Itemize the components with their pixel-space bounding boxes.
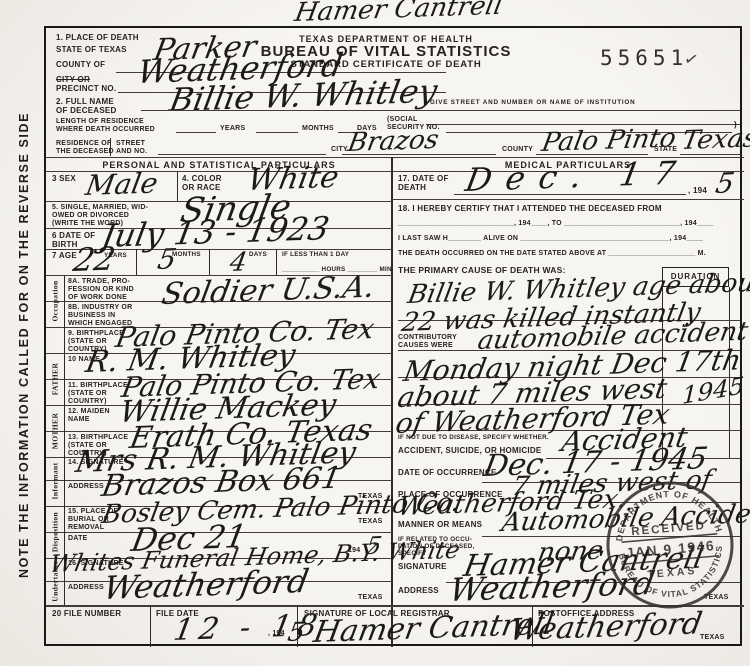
contributory-label-1: CONTRIBUTORY [398, 334, 457, 342]
physician-address-label: ADDRESS [398, 586, 439, 595]
group-label-informant: Informant [51, 463, 60, 500]
divider-line [150, 605, 151, 647]
physician-signature-label: SIGNATURE [398, 562, 447, 571]
state-of-texas-label: STATE OF TEXAS [56, 45, 127, 54]
trade-label-2: FESSION OR KIND [68, 286, 134, 294]
res-county-label: COUNTY [502, 146, 533, 154]
divider-line [136, 249, 137, 275]
file-number-label: 20 FILE NUMBER [52, 609, 121, 618]
age-days-label: DAYS [249, 251, 267, 258]
undertaker-addr-value: Weatherford [101, 565, 311, 604]
contributory-label-2: CAUSES WERE [398, 342, 453, 350]
industry-label-1: 8B. INDUSTRY OR [68, 304, 132, 312]
dod-year-value: 5 [714, 169, 737, 198]
divider-line [392, 199, 744, 200]
certify-line-2: ____________________________, 194____, T… [398, 220, 713, 228]
residence-of-label-2: THE DECEASED [56, 148, 114, 156]
group-label-occupation: Occupation [51, 280, 60, 321]
father-bp-label-2: (STATE OR [68, 390, 107, 398]
reverse-side-note: NOTE THE INFORMATION CALLED FOR ON THE R… [17, 112, 31, 578]
burial-date-label: DATE [68, 535, 88, 543]
trade-label-3: OF WORK DONE [68, 294, 127, 302]
group-label-father: FATHER [51, 363, 60, 396]
divider-line [342, 154, 496, 155]
death-certificate-form: 1. PLACE OF DEATH STATE OF TEXAS TEXAS D… [44, 26, 742, 646]
maiden-label-1: 12. MAIDEN [68, 408, 110, 416]
dob-label-2: BIRTH [52, 240, 78, 249]
marital-label-1: 5. SINGLE, MARRIED, WID- [52, 204, 148, 212]
divider-line [177, 171, 178, 201]
year-194-label: , 194 [268, 630, 285, 638]
if-not-disease-label: IF NOT DUE TO DISEASE, SPECIFY WHETHER. [398, 434, 549, 441]
certify-line-4: THE DEATH OCCURRED ON THE DATE STATED AB… [398, 250, 706, 258]
manner-means-label: MANNER OR MEANS [398, 520, 482, 529]
certify-line-3: I LAST SAW H________ ALIVE ON __________… [398, 235, 703, 243]
trade-label-1: 8A. TRADE, PRO- [68, 278, 130, 286]
group-label-disposition: Disposition [51, 512, 60, 552]
postoffice-value: Weatherford [507, 609, 704, 646]
residence-of-label-1: RESIDENCE OF [56, 140, 112, 148]
mother-bp-label-1: 13. BIRTHPLACE [68, 434, 128, 442]
place-of-death-label: 1. PLACE OF DEATH [56, 33, 139, 42]
divider-line [158, 154, 326, 155]
age-days-value: 4 [228, 249, 249, 276]
undertaker-addr-label: ADDRESS [68, 584, 104, 592]
sex-value: Male [84, 170, 160, 200]
divider-line [110, 138, 111, 156]
group-label-mother: MOTHER [51, 413, 60, 450]
age-months-value: 5 [156, 245, 179, 274]
ssn-label-1: (SOCIAL [387, 116, 418, 124]
county-of-label: COUNTY OF [56, 60, 105, 69]
dod-194-label: , 194 [688, 186, 707, 195]
sex-label: 3 SEX [52, 174, 76, 183]
divider-line [141, 110, 740, 111]
father-bp-label-1: 11. BIRTHPLACE [68, 382, 128, 390]
certificate-number: 55651 [600, 46, 688, 70]
years-label: YEARS [220, 125, 245, 133]
street-label-1: STREET [116, 140, 145, 148]
divider-line [209, 249, 210, 275]
certify-line-1: 18. I HEREBY CERTIFY THAT I ATTENDED THE… [398, 204, 662, 213]
months-label: MONTHS [302, 125, 334, 133]
city-value: Brazos [346, 127, 441, 156]
column-divider [391, 157, 393, 647]
residence-length-label-1: LENGTH OF RESIDENCE [56, 118, 144, 126]
maiden-label-2: NAME [68, 416, 90, 424]
stamp-state-text: TEXAS [647, 565, 698, 581]
street-label-2: AND NO. [116, 148, 147, 156]
if-less-label: IF LESS THAN 1 DAY [282, 251, 349, 258]
dod-label-2: DEATH [398, 183, 426, 192]
divider-line [176, 132, 216, 133]
primary-cause-label: THE PRIMARY CAUSE OF DEATH WAS: [398, 265, 566, 275]
father-bp-label-3: COUNTRY) [68, 398, 107, 406]
occupation-related-label-3: SPECIFY [398, 550, 427, 557]
divider-line [256, 132, 298, 133]
divider-line [454, 194, 686, 195]
scanned-death-certificate: { "page": { "top_signature": "Hamer Cant… [0, 0, 750, 666]
dod-value: Dec. 17 [463, 156, 692, 196]
divider-line [276, 249, 277, 275]
duration-value: 1945 [682, 374, 745, 408]
texas-label: TEXAS [358, 594, 383, 602]
top-margin-signature: Hamer Cantrell [293, 0, 505, 26]
institution-note: GIVE STREET AND NUMBER OR NAME OF INSTIT… [430, 99, 635, 106]
fullname-label-2: OF DECEASED [56, 106, 117, 115]
precinct-no-label: PRECINCT NO. [56, 84, 116, 93]
informant-addr-label: ADDRESS [68, 483, 104, 491]
industry-label-2: BUSINESS IN [68, 312, 115, 320]
age-years-value: 22 [71, 243, 118, 276]
texas-label: TEXAS [700, 634, 725, 642]
dob-value: July 13 - 1923 [99, 212, 331, 252]
res-state-value: Texas [680, 125, 750, 154]
texas-label: TEXAS [358, 518, 383, 526]
occupation-value: Soldier U.S.A. [159, 273, 377, 310]
residence-length-label-2: WHERE DEATH OCCURRED [56, 126, 155, 134]
received-stamp: DEPARTMENT OF HEALTH BUREAU OF VITAL STA… [596, 471, 743, 618]
